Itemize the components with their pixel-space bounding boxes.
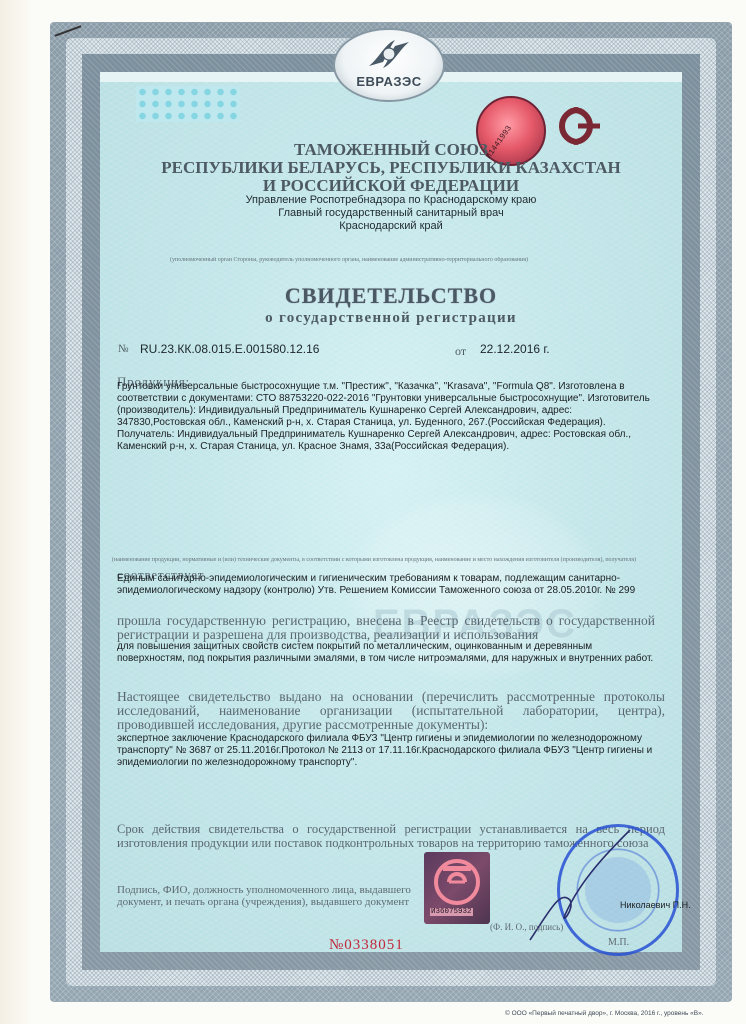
- hologram-seal-bottom: И36075932: [424, 852, 490, 924]
- scan-edge: [0, 0, 30, 1024]
- registration-number: RU.23.КК.08.015.Е.001580.12.16: [140, 342, 319, 356]
- printer-footer: © ООО «Первый печатный двор», г. Москва,…: [505, 1010, 704, 1017]
- conformity-text: Единым санитарно-эпидемиологическим и ги…: [117, 573, 657, 597]
- registration-date: 22.12.2016 г.: [480, 342, 550, 356]
- emblem-label: ЕВРАЗЭС: [335, 74, 443, 89]
- basis-statement: Настоящее свидетельство выдано на основа…: [117, 690, 665, 732]
- signature-label: Подпись, ФИО, должность уполномоченного …: [117, 885, 417, 908]
- authority-caption: (уполномоченный орган Стороны, руководит…: [170, 257, 640, 263]
- eurasec-emblem-icon: [365, 36, 413, 72]
- basis-text: экспертное заключение Краснодарского фил…: [117, 733, 657, 769]
- number-sign: №: [118, 343, 129, 355]
- document-title: СВИДЕТЕЛЬСТВО: [100, 283, 682, 309]
- security-pattern: [136, 86, 240, 122]
- header-line-1: ТАМОЖЕННЫЙ СОЮЗ: [100, 140, 682, 160]
- signer-name: Николаевич П.Н.: [620, 900, 691, 910]
- authority-line-2: Главный государственный санитарный врач: [100, 207, 682, 219]
- authority-line-1: Управление Роспотребнадзора по Краснодар…: [100, 194, 682, 206]
- usage-text: для повышения защитных свойств систем по…: [117, 641, 657, 665]
- serial-number: №0338051: [329, 937, 404, 954]
- product-description: Грунтовки универсальные быстросохнущие т…: [117, 381, 655, 453]
- hologram-emblem-icon: [429, 856, 485, 908]
- header-line-3: И РОССИЙСКОЙ ФЕДЕРАЦИИ: [100, 176, 682, 196]
- product-caption: (наименование продукции, нормативные и (…: [112, 557, 672, 563]
- eurasec-emblem: ЕВРАЗЭС: [333, 28, 445, 102]
- stamp-place-label: М.П.: [608, 937, 629, 948]
- header-line-2: РЕСПУБЛИКИ БЕЛАРУСЬ, РЕСПУБЛИКИ КАЗАХСТА…: [100, 158, 682, 178]
- registration-statement: прошла государственную регистрацию, внес…: [117, 614, 655, 642]
- signature-stroke: [520, 830, 640, 950]
- hologram-number: И36075932: [430, 908, 473, 916]
- fio-label: (Ф. И. О., подпись): [490, 922, 563, 932]
- authority-line-3: Краснодарский край: [100, 220, 682, 232]
- date-label: от: [455, 344, 466, 359]
- document-subtitle: о государственной регистрации: [100, 310, 682, 327]
